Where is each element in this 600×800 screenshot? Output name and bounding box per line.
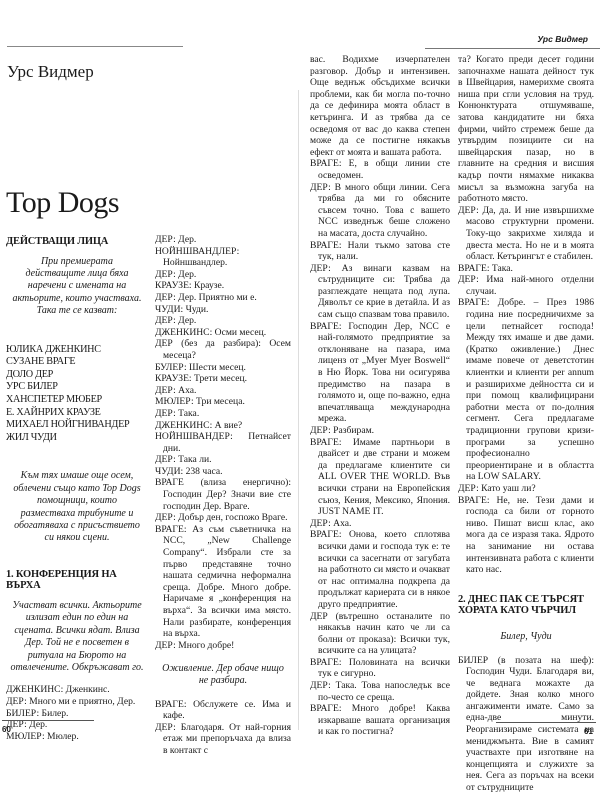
dialogue-line: ВРАГЕ: Е, в общи линии сте осведомен. (310, 158, 450, 181)
dialogue-line: ВРАГЕ: Обслужете се. Има и кафе. (155, 699, 291, 722)
dialogue-line: ДЕР: Така ли. (155, 454, 291, 466)
dialogue-line: ДЕР: Така. (155, 408, 291, 420)
cast-member: ХАНСПЕТЕР МЮБЕР (6, 394, 148, 407)
author-name: Урс Видмер (7, 62, 94, 82)
dialogue-line: НОЙНШВАНДЛЕР: Нойншвандлер. (155, 246, 291, 269)
scene-2-heading: 2. ДНЕС ПАК СЕ ТЪРСЯТ ХОРАТА КАТО ЧЪРЧИЛ (458, 594, 594, 617)
dialogue-line: ДЕР: Много добре! (155, 640, 291, 652)
dialogue-line: ВРАГЕ: Така. (458, 263, 594, 275)
dialogue-line: ЧУДИ: 238 часа. (155, 466, 291, 478)
dialogue-line: ДЕР: В много общи линии. Сега трябва да … (310, 182, 450, 240)
dialogue-line: КРАУЗЕ: Краузе. (155, 280, 291, 292)
scene-1-dialogue: ДЖЕНКИНС: Дженкинс. ДЕР: Много ми е прия… (6, 684, 148, 742)
dialogue-line: ДЕР (вътрешно останалите по някакъв начи… (310, 611, 450, 657)
dialogue-line: ДЕР: Много ми е приятно, Дер. (6, 696, 148, 708)
dialogue-line: ВРАГЕ (влиза енергично): Господин Дер? З… (155, 477, 291, 512)
dialogue-line: ВРАГЕ: Аз съм съветничка на NCC, „New Ch… (155, 524, 291, 640)
scene-2-cast: Билер, Чуди (458, 631, 594, 643)
cast-intro: При премиерата действащите лица бяха нар… (10, 256, 144, 318)
dialogue-line: ДЕР: Дер. (155, 234, 291, 246)
left-column-1: ДЕЙСТВАЩИ ЛИЦА При премиерата действащит… (6, 236, 148, 742)
dialogue-line: КРАУЗЕ: Трети месец. (155, 373, 291, 385)
dialogue-line: БИЛЕР: Билер. (6, 708, 148, 720)
dialogue-line: МЮЛЕР: Три месеца. (155, 396, 291, 408)
dialogue-continuation: вас. Водихме изчерпателен разговор. Добъ… (310, 54, 450, 158)
cast-member: МИХАЕЛ НОЙГНИВАНДЕР (6, 419, 148, 432)
dialogue-line: ВРАГЕ: Господин Дер, NCC е най-голямото … (310, 321, 450, 425)
page-gutter (298, 90, 299, 730)
dialogue-line: ДЕР: Аха. (155, 385, 291, 397)
dialogue-line: ВРАГЕ: Имаме партньори в двайсет и две с… (310, 437, 450, 518)
dialogue-line: ДЕР: Като уаш ли? (458, 483, 594, 495)
dialogue-line: ДЖЕНКИНС: Осми месец. (155, 327, 291, 339)
scene-1-heading: 1. КОНФЕРЕНЦИЯ НА ВЪРХА (6, 569, 148, 592)
stage-direction: Оживление. Дер обаче нищо не разбира. (161, 663, 285, 686)
running-head: Урс Видмер (537, 34, 588, 44)
dialogue-line: БИЛЕР (в позата на шеф): Господин Чуди. … (458, 655, 594, 794)
dialogue-line: ВРАГЕ: Нали тъкмо затова сте тук, нали. (310, 240, 450, 263)
dialogue-line: ВРАГЕ: Онова, което сплотява всички дами… (310, 529, 450, 610)
dialogue-line: ДЖЕНКИНС: Дженкинс. (6, 684, 148, 696)
right-page: Урс Видмер вас. Водихме изчерпателен раз… (300, 0, 600, 800)
dialogue-line: ВРАГЕ: Половината на всички тук е сигурн… (310, 657, 450, 680)
dialogue-line: ДЕР: Аха. (310, 518, 450, 530)
dialogue-line: ДЕР (без да разбира): Осем месеца? (155, 338, 291, 361)
dialogue-line: ВРАГЕ: Добре. – През 1986 година ние пос… (458, 297, 594, 483)
cast-member: ЖИЛ ЧУДИ (6, 432, 148, 445)
scene-1-direction: Участват всички. Актьорите излизат един … (8, 600, 146, 674)
dialogue-line: ДЖЕНКИНС: А вие? (155, 420, 291, 432)
footer-rule (2, 720, 94, 721)
cast-member: УРС БИЛЕР (6, 381, 148, 394)
dialogue-line: ВРАГЕ: Не, не. Тези дами и господа са би… (458, 495, 594, 576)
dialogue-line: ДЕР: Дер. (155, 269, 291, 281)
dialogue-line: ВРАГЕ: Много добре! Каква изкарваше ваша… (310, 703, 450, 738)
right-column-2: та? Когато преди десет години започнахме… (458, 54, 594, 794)
left-page: Урс Видмер Top Dogs ДЕЙСТВАЩИ ЛИЦА При п… (0, 0, 300, 800)
dialogue-line: ДЕР: Добър ден, госпожо Враге. (155, 512, 291, 524)
dialogue-line: БУЛЕР: Шести месец. (155, 362, 291, 374)
dialogue-line: ДЕР: Аз винаги казвам на сътрудниците си… (310, 263, 450, 321)
dialogue-line: ДЕР: Дер. Приятно ми е. (155, 292, 291, 304)
cast-heading: ДЕЙСТВАЩИ ЛИЦА (6, 236, 148, 248)
dialogue-line: ДЕР: Има най-много отделни случаи. (458, 274, 594, 297)
cast-list: ЮЛИКА ДЖЕНКИНС СУЗАНЕ ВРАГЕ ДОЛО ДЕР УРС… (6, 344, 148, 445)
right-column-1: вас. Водихме изчерпателен разговор. Добъ… (310, 54, 450, 738)
dialogue-line: ЧУДИ: Чуди. (155, 304, 291, 316)
cast-member: ЮЛИКА ДЖЕНКИНС (6, 344, 148, 357)
dialogue-line: МЮЛЕР: Мюлер. (6, 731, 148, 743)
dialogue-line: ДЕР: Дер. (155, 315, 291, 327)
extras-note: Към тях имаше още осем, облечени също ка… (10, 470, 144, 544)
dialogue-line: НОЙНШВАНДЕР: Петнайсет дни. (155, 431, 291, 454)
page-number-left: 60 (2, 725, 11, 734)
header-rule (7, 46, 183, 47)
cast-member: ДОЛО ДЕР (6, 369, 148, 382)
dialogue-line: ДЕР: Разбирам. (310, 425, 450, 437)
footer-rule (496, 722, 596, 723)
dialogue-line: ДЕР: Благодаря. От най-горния етаж ми пр… (155, 722, 291, 757)
dialogue-line: ДЕР: Да, да. И ние извършихме масово стр… (458, 205, 594, 263)
cast-member: Е. ХАЙНРИХ КРАУЗЕ (6, 407, 148, 420)
left-column-2: ДЕР: Дер. НОЙНШВАНДЛЕР: Нойншвандлер. ДЕ… (155, 234, 291, 757)
cast-member: СУЗАНЕ ВРАГЕ (6, 356, 148, 369)
header-rule (425, 48, 600, 49)
play-title: Top Dogs (6, 186, 119, 220)
page-number-right: 61 (584, 727, 593, 736)
dialogue-continuation: та? Когато преди десет години започнахме… (458, 54, 594, 205)
dialogue-line: ДЕР: Така. Това напоследък все по-често … (310, 680, 450, 703)
